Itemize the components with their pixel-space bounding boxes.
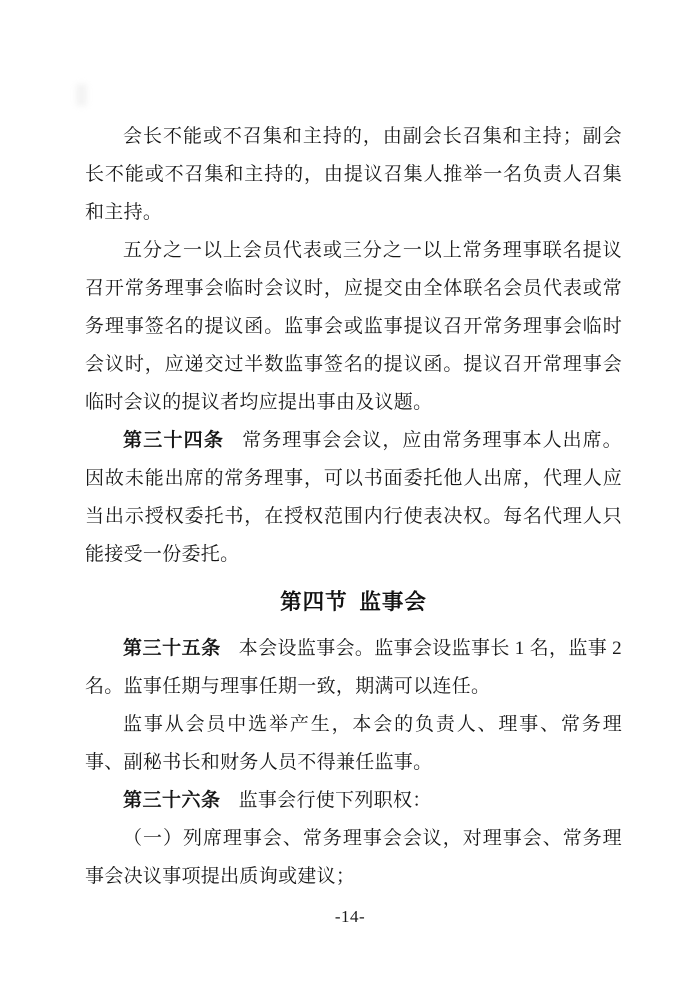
paragraph-article-35: 第三十五条本会设监事会。监事会设监事长 1 名，监事 2 名。监事任期与理事任期… <box>85 630 622 706</box>
paragraph-article-34: 第三十四条常务理事会会议，应由常务理事本人出席。因故未能出席的常务理事，可以书面… <box>85 422 622 574</box>
paragraph-text: 会长不能或不召集和主持的，由副会长召集和主持；副会长不能或不召集和主持的，由提议… <box>85 126 622 223</box>
section-number: 第四节 <box>280 590 348 614</box>
section-title: 监事会 <box>359 590 427 614</box>
scan-smudge-artifact <box>76 84 87 106</box>
paragraph: 会长不能或不召集和主持的，由副会长召集和主持；副会长不能或不召集和主持的，由提议… <box>85 118 622 232</box>
paragraph-text: （一）列席理事会、常务理事会会议，对理事会、常务理事会决议事项提出质询或建议； <box>85 828 622 887</box>
paragraph-text: 五分之一以上会员代表或三分之一以上常务理事联名提议召开常务理事会临时会议时，应提… <box>85 240 622 413</box>
paragraph: 五分之一以上会员代表或三分之一以上常务理事联名提议召开常务理事会临时会议时，应提… <box>85 232 622 422</box>
document-page: 会长不能或不召集和主持的，由副会长召集和主持；副会长不能或不召集和主持的，由提议… <box>0 0 700 990</box>
article-number: 第三十四条 <box>123 430 224 451</box>
paragraph-text: 监事会行使下列职权： <box>239 790 432 811</box>
paragraph-text: 监事从会员中选举产生，本会的负责人、理事、常务理事、副秘书长和财务人员不得兼任监… <box>85 714 622 773</box>
paragraph-article-36: 第三十六条监事会行使下列职权： <box>85 782 622 820</box>
article-number: 第三十六条 <box>123 790 221 811</box>
page-number: -14- <box>0 907 700 927</box>
document-content: 会长不能或不召集和主持的，由副会长召集和主持；副会长不能或不召集和主持的，由提议… <box>85 118 622 896</box>
article-number: 第三十五条 <box>123 638 221 659</box>
paragraph-list-item-1: （一）列席理事会、常务理事会会议，对理事会、常务理事会决议事项提出质询或建议； <box>85 820 622 896</box>
section-heading: 第四节监事会 <box>85 583 622 621</box>
paragraph: 监事从会员中选举产生，本会的负责人、理事、常务理事、副秘书长和财务人员不得兼任监… <box>85 706 622 782</box>
